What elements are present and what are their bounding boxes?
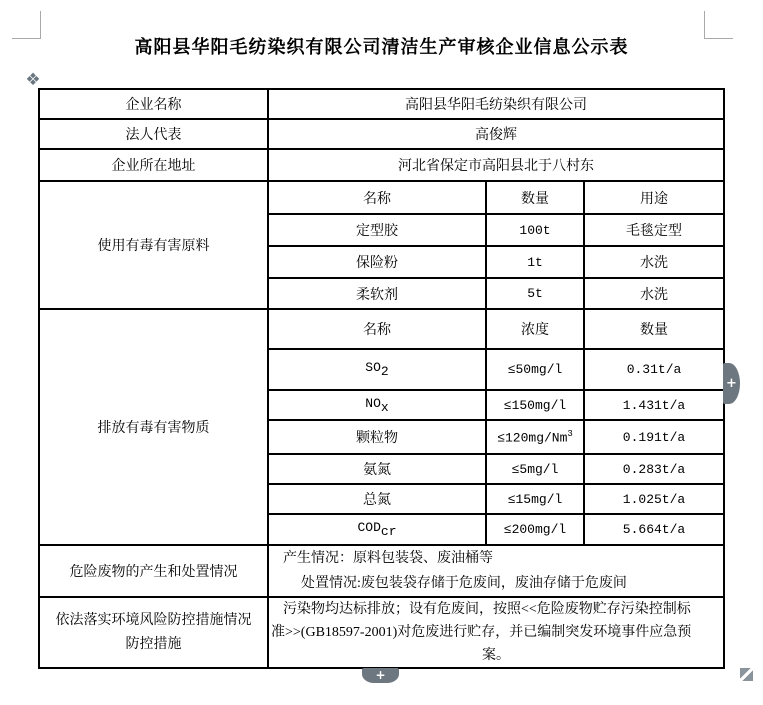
emission-name[interactable]: SO2 [268, 349, 486, 390]
risk-text-line: 案。 [271, 644, 721, 667]
emissions-section-label[interactable]: 排放有毒有害物质 [39, 309, 268, 545]
table-row: 使用有毒有害原料 名称 数量 用途 [39, 181, 724, 214]
table-row: 企业所在地址 河北省保定市高阳县北于八村东 [39, 149, 724, 181]
emission-conc[interactable]: ≤5mg/l [486, 454, 584, 484]
emission-name[interactable]: 氨氮 [268, 454, 486, 484]
address-label[interactable]: 企业所在地址 [39, 149, 268, 181]
hazwaste-disposal-line: 处置情况:废包装袋存储于危废间，废油存储于危废间 [271, 571, 721, 596]
emission-conc[interactable]: ≤50mg/l [486, 349, 584, 390]
materials-header-name[interactable]: 名称 [268, 181, 486, 214]
materials-header-use[interactable]: 用途 [584, 181, 724, 214]
table-row: 排放有毒有害物质 名称 浓度 数量 [39, 309, 724, 349]
hazwaste-value[interactable]: 产生情况：原料包装袋、废油桶等 处置情况:废包装袋存储于危废间，废油存储于危废间 [268, 545, 724, 597]
company-name-label[interactable]: 企业名称 [39, 89, 268, 119]
material-qty[interactable]: 1t [486, 246, 584, 278]
page-title: 高阳县华阳毛纺染织有限公司清洁生产审核企业信息公示表 [0, 33, 763, 59]
table-resize-handle[interactable] [740, 668, 753, 681]
company-info-table: 企业名称 高阳县华阳毛纺染织有限公司 法人代表 高俊辉 企业所在地址 河北省保定… [38, 88, 725, 669]
risk-text-line: 污染物均达标排放；设有危废间，按照<<危险废物贮存污染控制标 [271, 598, 721, 621]
emission-conc[interactable]: ≤200mg/l [486, 514, 584, 545]
emission-conc[interactable]: ≤150mg/l [486, 390, 584, 420]
emission-amount[interactable]: 1.025t/a [584, 484, 724, 514]
hazwaste-generation-line: 产生情况：原料包装袋、废油桶等 [271, 546, 721, 571]
material-qty[interactable]: 5t [486, 278, 584, 309]
emission-name[interactable]: 颗粒物 [268, 420, 486, 454]
emissions-header-name[interactable]: 名称 [268, 309, 486, 349]
table-row: 法人代表 高俊辉 [39, 119, 724, 149]
material-use[interactable]: 毛毯定型 [584, 214, 724, 246]
legal-rep-value[interactable]: 高俊辉 [268, 119, 724, 149]
legal-rep-label[interactable]: 法人代表 [39, 119, 268, 149]
plus-icon: + [726, 376, 737, 391]
add-row-button[interactable]: + [362, 668, 399, 683]
material-use[interactable]: 水洗 [584, 278, 724, 309]
plus-icon: + [375, 668, 385, 682]
emission-amount[interactable]: 0.283t/a [584, 454, 724, 484]
hazwaste-label[interactable]: 危险废物的产生和处置情况 [39, 545, 268, 597]
emissions-header-amount[interactable]: 数量 [584, 309, 724, 349]
emission-amount[interactable]: 0.31t/a [584, 349, 724, 390]
emissions-header-conc[interactable]: 浓度 [486, 309, 584, 349]
table-row: 危险废物的产生和处置情况 产生情况：原料包装袋、废油桶等 处置情况:废包装袋存储… [39, 545, 724, 597]
emission-name[interactable]: NOx [268, 390, 486, 420]
company-name-value[interactable]: 高阳县华阳毛纺染织有限公司 [268, 89, 724, 119]
emission-conc[interactable]: ≤15mg/l [486, 484, 584, 514]
address-value[interactable]: 河北省保定市高阳县北于八村东 [268, 149, 724, 181]
emission-conc[interactable]: ≤120mg/Nm3 [486, 420, 584, 454]
materials-section-label[interactable]: 使用有毒有害原料 [39, 181, 268, 309]
emission-amount[interactable]: 5.664t/a [584, 514, 724, 545]
material-name[interactable]: 柔软剂 [268, 278, 486, 309]
risk-measures-label[interactable]: 依法落实环境风险防控措施情况 防控措施 [39, 597, 268, 668]
emission-amount[interactable]: 1.431t/a [584, 390, 724, 420]
material-name[interactable]: 保险粉 [268, 246, 486, 278]
add-column-button[interactable]: + [723, 363, 740, 404]
emission-name[interactable]: 总氮 [268, 484, 486, 514]
materials-header-qty[interactable]: 数量 [486, 181, 584, 214]
material-name[interactable]: 定型胶 [268, 214, 486, 246]
risk-measures-value[interactable]: 污染物均达标排放；设有危废间，按照<<危险废物贮存污染控制标 准>>(GB185… [268, 597, 724, 668]
material-qty[interactable]: 100t [486, 214, 584, 246]
emission-amount[interactable]: 0.191t/a [584, 420, 724, 454]
risk-text-line: 准>>(GB18597-2001)对危废进行贮存，并已编制突发环境事件应急预 [271, 621, 721, 644]
emission-name[interactable]: CODcr [268, 514, 486, 545]
material-use[interactable]: 水洗 [584, 246, 724, 278]
table-row: 企业名称 高阳县华阳毛纺染织有限公司 [39, 89, 724, 119]
table-row: 依法落实环境风险防控措施情况 防控措施 污染物均达标排放；设有危废间，按照<<危… [39, 597, 724, 668]
